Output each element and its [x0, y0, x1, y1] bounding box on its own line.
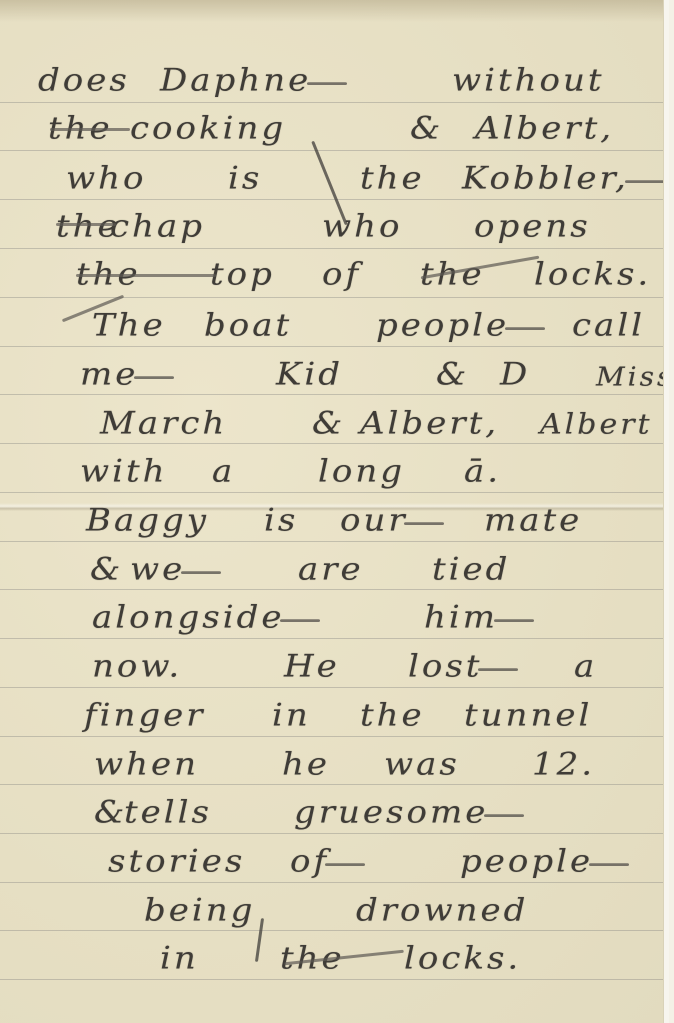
text-line: & tells gruesome	[0, 784, 669, 832]
word: mate	[484, 505, 582, 536]
text-line: in the locks.	[0, 930, 669, 978]
text-line: finger in the tunnel	[0, 687, 669, 735]
word: Kobbler,	[462, 163, 665, 194]
text-line: the top of the locks.	[0, 246, 669, 294]
word: opens	[474, 211, 591, 242]
word: our	[340, 505, 444, 536]
letter-page: does Daphne without the cooking & Albert…	[0, 0, 669, 1023]
word: Albert,	[360, 408, 499, 439]
word: stories	[108, 846, 245, 877]
word: drowned	[356, 895, 528, 926]
word: with	[80, 456, 168, 487]
text-line: does Daphne without	[0, 52, 669, 100]
text-line: now. He lost a	[0, 638, 669, 686]
text-line: March & Albert, Albert	[0, 395, 669, 443]
word: was	[384, 749, 460, 780]
word: of	[322, 259, 361, 290]
word: we	[130, 554, 221, 585]
word: is	[228, 163, 262, 194]
word: when	[94, 749, 199, 780]
word: cooking	[130, 113, 286, 144]
word: in	[272, 700, 311, 731]
word: The	[92, 310, 166, 341]
word: He	[284, 651, 340, 682]
text-line: Baggy is our mate	[0, 492, 669, 540]
text-line: alongside him	[0, 589, 669, 637]
word: Baggy	[86, 505, 209, 536]
word: the	[360, 163, 425, 194]
ruled-line	[0, 979, 669, 980]
word: tells	[124, 797, 212, 828]
word: &	[410, 113, 443, 144]
word: does	[38, 65, 130, 96]
word: &	[312, 408, 345, 439]
word: a	[574, 651, 597, 682]
word: who	[322, 211, 402, 242]
word: long	[318, 456, 405, 487]
word: Albert,	[475, 113, 614, 144]
word: tied	[432, 554, 510, 585]
word: alongside	[92, 602, 320, 633]
word: gruesome	[294, 797, 524, 828]
word: call	[572, 310, 645, 341]
word: March	[100, 408, 227, 439]
strikethrough-stroke	[50, 128, 130, 131]
word: Daphne	[160, 65, 347, 96]
paper-edge	[663, 0, 669, 1023]
word: are	[298, 554, 364, 585]
word: boat	[204, 310, 292, 341]
word: who	[66, 163, 146, 194]
word: the	[360, 700, 425, 731]
word: tunnel	[464, 700, 592, 731]
word: me	[80, 359, 174, 390]
word: locks.	[534, 259, 651, 290]
text-line: the chap who opens	[0, 198, 669, 246]
word: chap	[110, 211, 205, 242]
word: locks.	[404, 943, 521, 974]
word: &	[90, 554, 123, 585]
strikethrough-stroke	[76, 274, 216, 277]
word: he	[282, 749, 330, 780]
text-line: stories of people	[0, 833, 669, 881]
text-line: The boat people call	[0, 297, 669, 345]
word: top	[210, 259, 275, 290]
word: is	[264, 505, 298, 536]
text-line: being drowned	[0, 882, 669, 930]
word: &	[436, 359, 469, 390]
word: ā.	[464, 456, 501, 487]
strikethrough-stroke	[56, 223, 116, 226]
word: people	[460, 846, 629, 877]
word: 12.	[532, 749, 595, 780]
text-line: with a long ā.	[0, 443, 669, 491]
word: lost	[408, 651, 518, 682]
word: Albert	[540, 411, 653, 439]
word: now.	[92, 651, 182, 682]
text-line: me Kid & D Miss	[0, 346, 669, 394]
word: in	[160, 943, 199, 974]
word: &	[94, 797, 127, 828]
text-line: & we are tied	[0, 541, 669, 589]
word: D	[500, 359, 530, 390]
word: Miss	[596, 364, 669, 390]
word: without	[452, 65, 605, 96]
word: a	[212, 456, 235, 487]
word: people	[376, 310, 545, 341]
word: finger	[84, 700, 206, 731]
word: Kid	[276, 359, 343, 390]
text-line: the cooking & Albert,	[0, 100, 669, 148]
word: of	[290, 846, 365, 877]
word: him	[424, 602, 534, 633]
text-line: when he was 12.	[0, 736, 669, 784]
word: being	[144, 895, 255, 926]
